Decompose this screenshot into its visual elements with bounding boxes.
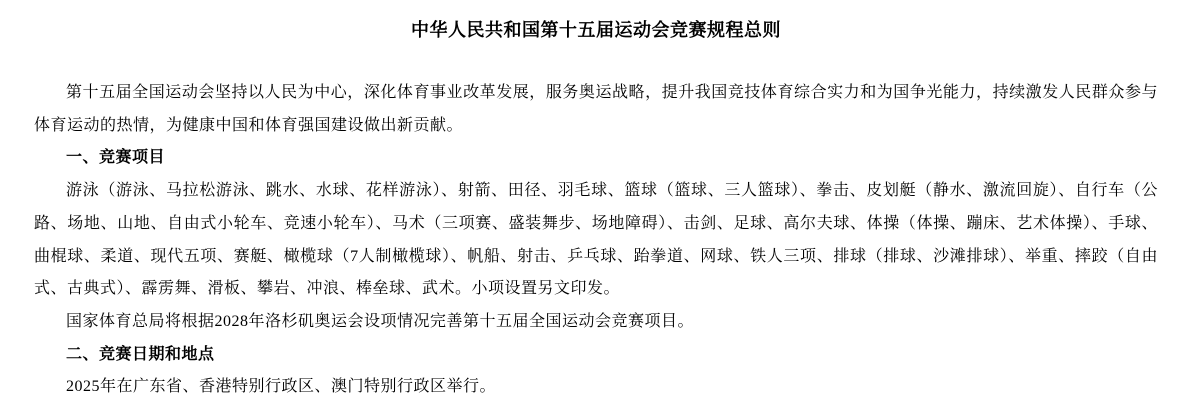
events-list-paragraph: 游泳（游泳、马拉松游泳、跳水、水球、花样游泳）、射箭、田径、羽毛球、篮球（篮球、… — [34, 175, 1158, 306]
intro-paragraph: 第十五届全国运动会坚持以人民为中心，深化体育事业改革发展，服务奥运战略，提升我国… — [34, 77, 1158, 142]
document-page: 中华人民共和国第十五届运动会竞赛规程总则 第十五届全国运动会坚持以人民为中心，深… — [0, 0, 1192, 406]
date-location-paragraph: 2025年在广东省、香港特别行政区、澳门特别行政区举行。 — [34, 371, 1158, 404]
section-heading-events: 一、竞赛项目 — [34, 142, 1158, 175]
events-note-paragraph: 国家体育总局将根据2028年洛杉矶奥运会设项情况完善第十五届全国运动会竞赛项目。 — [34, 306, 1158, 339]
section-heading-date-location: 二、竞赛日期和地点 — [34, 339, 1158, 372]
document-title: 中华人民共和国第十五届运动会竞赛规程总则 — [34, 14, 1158, 47]
